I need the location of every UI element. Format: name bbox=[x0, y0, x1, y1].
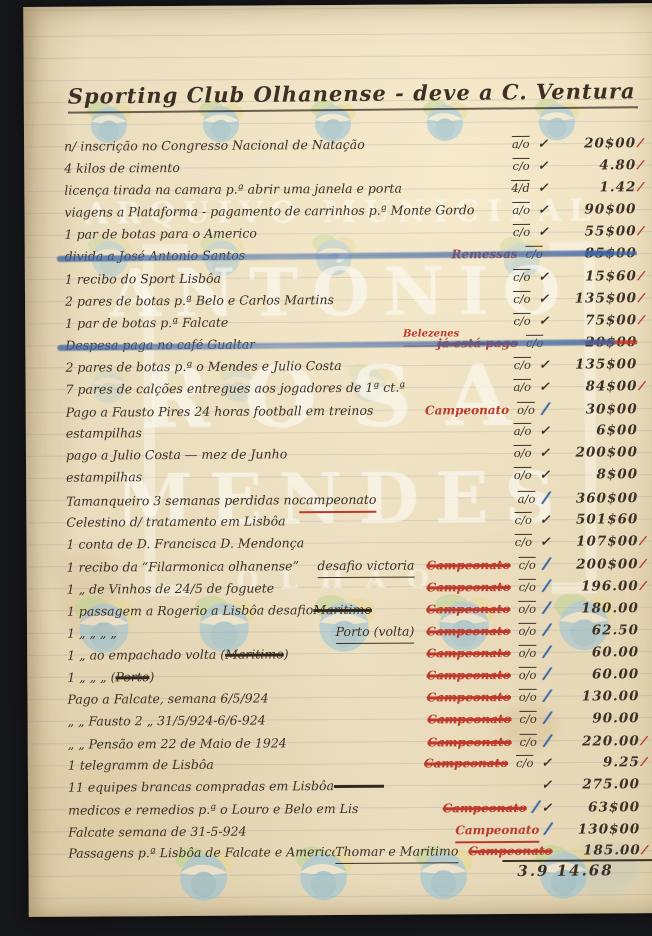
check-icon: ✓ bbox=[542, 797, 553, 819]
amount-value: 6$00 bbox=[552, 419, 638, 442]
amount-value: 180.00 bbox=[553, 597, 639, 620]
blue-tally-icon: ∕ bbox=[542, 574, 551, 597]
red-annotation: Campeonato bbox=[427, 731, 511, 754]
ledger-mark: 4/d bbox=[511, 177, 530, 199]
check-icon: ✓ bbox=[541, 773, 552, 795]
ledger-mark: c/o bbox=[514, 354, 531, 376]
entry-description-struck: Maritimo bbox=[225, 644, 284, 666]
blue-tally-icon: ∕ bbox=[543, 641, 552, 664]
amount-value: 501$60 bbox=[552, 508, 638, 531]
spacer bbox=[180, 170, 511, 172]
entry-description-struck: ———— bbox=[334, 774, 384, 796]
ledger-mark: c/o bbox=[515, 508, 532, 530]
amount-value: 130.00 bbox=[553, 686, 639, 709]
blue-tally-icon: ∕ bbox=[531, 795, 540, 818]
entry-description: 1 conta de D. Francisca D. Mendonça bbox=[66, 532, 304, 556]
ledger-mark: a/o bbox=[518, 487, 536, 509]
ledger-mark: c/o bbox=[520, 730, 537, 752]
red-tick-icon: ∕ bbox=[639, 574, 652, 598]
ledger-mark: c/o bbox=[513, 310, 530, 332]
spacer bbox=[142, 435, 512, 437]
entry-description: 4 kilos de cimento bbox=[64, 157, 180, 180]
ledger-mark: o/o bbox=[518, 598, 536, 620]
ledger-mark: c/o bbox=[519, 576, 536, 598]
entry-description: 1 recibo da “Filarmonica olhanense” bbox=[67, 555, 299, 579]
amount-value: 9.25 bbox=[554, 751, 640, 774]
amount-value: 135$00 bbox=[551, 353, 637, 376]
red-tick-icon: ∕ bbox=[640, 729, 652, 753]
check-icon: ✓ bbox=[539, 354, 550, 376]
ledger-mark: c/o bbox=[512, 155, 529, 177]
spacer bbox=[228, 325, 511, 327]
spacer bbox=[405, 391, 511, 392]
amount-value: 8$00 bbox=[552, 464, 638, 487]
ledger-mark: a/o bbox=[514, 420, 532, 442]
document-paper: ARQUIVO MUNICIPAL ANTÓNIO ROSA MENDES OL… bbox=[23, 3, 652, 917]
ledger-mark: a/o bbox=[512, 199, 530, 221]
check-icon: ✓ bbox=[539, 376, 550, 398]
amount-value: 30$00 bbox=[552, 398, 638, 421]
entry-description-struck: Porto bbox=[115, 666, 149, 688]
spacer bbox=[304, 546, 513, 547]
entry-description: n/ inscrição no Congresso Nacional de Na… bbox=[64, 134, 365, 158]
amount-value: 15$60 bbox=[551, 265, 637, 288]
red-tick-icon: ∕ bbox=[636, 153, 650, 177]
ledger-mark: o/o bbox=[514, 464, 532, 486]
amount-value: 275.00 bbox=[554, 773, 640, 796]
blue-tally-icon: ∕ bbox=[543, 596, 552, 619]
entry-description: medicos e remedios p.ª o Louro e Belo em… bbox=[68, 798, 358, 822]
check-icon: ✓ bbox=[538, 287, 549, 309]
spacer bbox=[286, 524, 513, 525]
red-annotation: Campeonato bbox=[425, 399, 509, 422]
spacer bbox=[274, 591, 420, 592]
entry-description: licença tirada na camara p.ª abrir uma j… bbox=[64, 178, 402, 202]
red-annotation: Campeonato bbox=[426, 642, 510, 665]
red-tick-icon: ∕ bbox=[637, 374, 651, 398]
black-note: desafio victoria bbox=[317, 554, 414, 578]
entry-description: „ „ Fausto 2 „ 31/5/924-6/6-924 bbox=[68, 710, 266, 733]
red-annotation: Campeonato bbox=[426, 598, 510, 621]
spacer bbox=[287, 457, 512, 458]
entry-description: 7 pares de calções entregues aos jogador… bbox=[65, 377, 405, 401]
blue-tally-icon: ∕ bbox=[543, 707, 552, 730]
amount-value: 20$00 bbox=[550, 132, 636, 155]
spacer bbox=[384, 789, 541, 790]
ledger-mark: a/o bbox=[512, 133, 530, 155]
check-icon: ✓ bbox=[538, 155, 549, 177]
check-icon: ✓ bbox=[539, 309, 550, 331]
entry-description: 1 recibo do Sport Lisbôa bbox=[65, 267, 221, 290]
ledger-mark: c/o bbox=[513, 221, 530, 243]
entry-description: 1 „ de Vinhos de 24/5 de foguete bbox=[67, 577, 275, 600]
spacer bbox=[287, 746, 422, 747]
check-icon: ✓ bbox=[538, 265, 549, 287]
entry-description: 1 „ „ „ ( bbox=[67, 667, 115, 689]
blue-tally-icon: ∕ bbox=[543, 729, 552, 752]
ledger-mark: o/o bbox=[519, 664, 537, 686]
entry-description: 11 equipes brancas compradas em Lisbôa bbox=[68, 775, 334, 799]
page-background: { "watermark": { "arquivo": "ARQUIVO MUN… bbox=[0, 0, 652, 936]
spacer bbox=[269, 702, 421, 703]
spacer bbox=[266, 724, 422, 725]
spacer bbox=[365, 148, 510, 149]
ledger-mark: c/o bbox=[515, 531, 532, 553]
red-tick-icon: ∕ bbox=[637, 286, 651, 310]
spacer bbox=[117, 636, 330, 637]
ledger-mark: c/o bbox=[518, 554, 535, 576]
entry-description: ) bbox=[284, 643, 289, 665]
entry-description: 2 pares de botas p.ª o Mendes e Julio Co… bbox=[65, 355, 341, 379]
entry-description: 1 par de botas p.ª Falcate bbox=[65, 311, 228, 334]
red-annotation: Campeonato bbox=[424, 752, 508, 775]
ledger-mark: c/o bbox=[513, 288, 530, 310]
red-annotation: Campeonato bbox=[443, 797, 527, 820]
spacer bbox=[214, 767, 418, 768]
entry-description: estampilhas bbox=[66, 467, 142, 490]
ledger-mark: c/o bbox=[519, 708, 536, 730]
spacer bbox=[247, 834, 450, 835]
ledger-mark: a/o bbox=[513, 376, 531, 398]
check-icon: ✓ bbox=[538, 133, 549, 155]
amount-value: 75$00 bbox=[551, 309, 637, 332]
check-icon: ✓ bbox=[540, 464, 551, 486]
check-icon: ✓ bbox=[541, 751, 552, 773]
blue-tally-icon: ∕ bbox=[543, 663, 552, 686]
red-tick-icon: ∕ bbox=[636, 220, 650, 244]
entry-description: pago a Julio Costa — mez de Junho bbox=[66, 444, 287, 467]
entry-description: 1 passagem a Rogerio a Lisbôa desafio bbox=[67, 599, 313, 623]
red-tick-icon: ∕ bbox=[636, 176, 650, 200]
black-note: Porto (volta) bbox=[336, 621, 415, 645]
amount-value: 135$00 bbox=[551, 287, 637, 310]
amount-value: 63$00 bbox=[554, 796, 640, 819]
amount-value: 90.00 bbox=[554, 708, 640, 731]
total-value: 3.9 14.68 bbox=[490, 861, 640, 880]
blue-tally-icon: ∕ bbox=[544, 817, 553, 840]
red-annotation: Campeonato bbox=[427, 576, 511, 599]
red-annotation: Campeonato bbox=[427, 708, 511, 731]
spacer bbox=[376, 502, 515, 503]
blue-tally-icon: ∕ bbox=[541, 398, 550, 421]
entry-description: Pago a Falcate, semana 6/5/924 bbox=[67, 688, 268, 711]
ledger-mark: o/o bbox=[518, 620, 536, 642]
entry-description: viagens a Plataforma - pagamento de carr… bbox=[64, 199, 474, 224]
red-tick-icon: ∕ bbox=[637, 264, 651, 288]
ledger-mark: o/o bbox=[514, 442, 532, 464]
amount-value: 90$00 bbox=[550, 198, 636, 221]
total-row: 3.9 14.68∕ bbox=[68, 861, 652, 889]
blue-tally-icon: ∕ bbox=[542, 486, 551, 509]
spacer bbox=[402, 192, 509, 193]
blue-tally-icon: ∕ bbox=[543, 619, 552, 642]
ledger-mark: o/o bbox=[519, 686, 537, 708]
red-tick-icon: ∕ bbox=[640, 750, 652, 774]
red-annotation: Campeonato bbox=[427, 664, 511, 687]
entry-description: Tamanqueiro 3 semanas perdidas no bbox=[66, 489, 299, 513]
check-icon: ✓ bbox=[538, 177, 549, 199]
entry-description-struck: Maritimo bbox=[313, 599, 372, 621]
amount-value: 1.42 bbox=[550, 176, 636, 199]
amount-value: 200$00 bbox=[553, 553, 639, 576]
entry-description: Passagens p.ª Lisbôa de Falcate e Americ… bbox=[68, 841, 335, 865]
check-icon: ✓ bbox=[540, 508, 551, 530]
amount-value: 60.00 bbox=[553, 641, 639, 664]
amount-value: 196.00 bbox=[553, 575, 639, 598]
entry-description: Celestino d/ tratamento em Lisbôa bbox=[66, 510, 285, 533]
amount-value: 130$00 bbox=[554, 818, 640, 841]
red-tick-icon: ∕ bbox=[637, 308, 651, 332]
check-icon: ✓ bbox=[539, 442, 550, 464]
amount-value: 84$00 bbox=[551, 375, 637, 398]
red-annotation: Campeonato bbox=[427, 686, 511, 709]
red-tick-icon: ∕ bbox=[636, 131, 650, 155]
ledger-mark: o/o bbox=[517, 399, 535, 421]
entry-description: Falcate semana de 31-5-924 bbox=[68, 821, 246, 844]
entry-description: „ „ Pensão em 22 de Maio de 1924 bbox=[68, 732, 287, 755]
spacer bbox=[221, 281, 511, 283]
spacer bbox=[289, 658, 421, 659]
spacer bbox=[342, 369, 512, 370]
amount-value: 360$00 bbox=[552, 487, 638, 510]
ledger-mark: c/o bbox=[516, 751, 533, 773]
spacer bbox=[154, 680, 420, 682]
check-icon: ✓ bbox=[539, 420, 550, 442]
spacer bbox=[142, 479, 512, 481]
amount-value: 55$00 bbox=[551, 221, 637, 244]
red-annotation: Campeonato bbox=[426, 620, 510, 643]
entry-description: 1 telegramm de Lisbôa bbox=[68, 753, 214, 776]
entry-description: 1 par de botas para o Americo bbox=[65, 223, 257, 246]
ledger-mark: c/o bbox=[513, 265, 530, 287]
ledger: n/ inscrição no Congresso Nacional de Na… bbox=[64, 132, 652, 889]
spacer bbox=[334, 303, 511, 304]
page-title: Sporting Club Olhanense - deve a C. Vent… bbox=[68, 78, 638, 113]
ledger-mark: o/o bbox=[519, 642, 537, 664]
amount-value: 107$00 bbox=[552, 530, 638, 553]
entry-description: ) bbox=[149, 666, 154, 688]
entry-description: 2 pares de botas p.ª Belo e Carlos Marti… bbox=[65, 289, 334, 313]
amount-value: 200$00 bbox=[552, 442, 638, 465]
entry-description: 1 „ „ „ „ bbox=[67, 622, 117, 644]
amount-value: 60.00 bbox=[553, 663, 639, 686]
red-annotation: Campeonato bbox=[426, 554, 510, 577]
entry-description: estampilhas bbox=[66, 422, 142, 445]
amount-value: 62.50 bbox=[553, 619, 639, 642]
blue-tally-icon: ∕ bbox=[542, 552, 551, 575]
red-tick-icon: ∕ bbox=[638, 529, 652, 553]
amount-value: 4.80 bbox=[550, 154, 636, 177]
amount-value: 220.00 bbox=[554, 730, 640, 753]
red-tick-icon: ∕ bbox=[639, 552, 652, 576]
entry-description: 1 „ ao empachado volta ( bbox=[67, 644, 225, 667]
check-icon: ✓ bbox=[538, 221, 549, 243]
check-icon: ✓ bbox=[540, 530, 551, 552]
spacer bbox=[257, 236, 511, 238]
check-icon: ✓ bbox=[538, 199, 549, 221]
blue-tally-icon: ∕ bbox=[543, 685, 552, 708]
entry-description-underlined: Thomar e Maritimo bbox=[335, 840, 458, 864]
